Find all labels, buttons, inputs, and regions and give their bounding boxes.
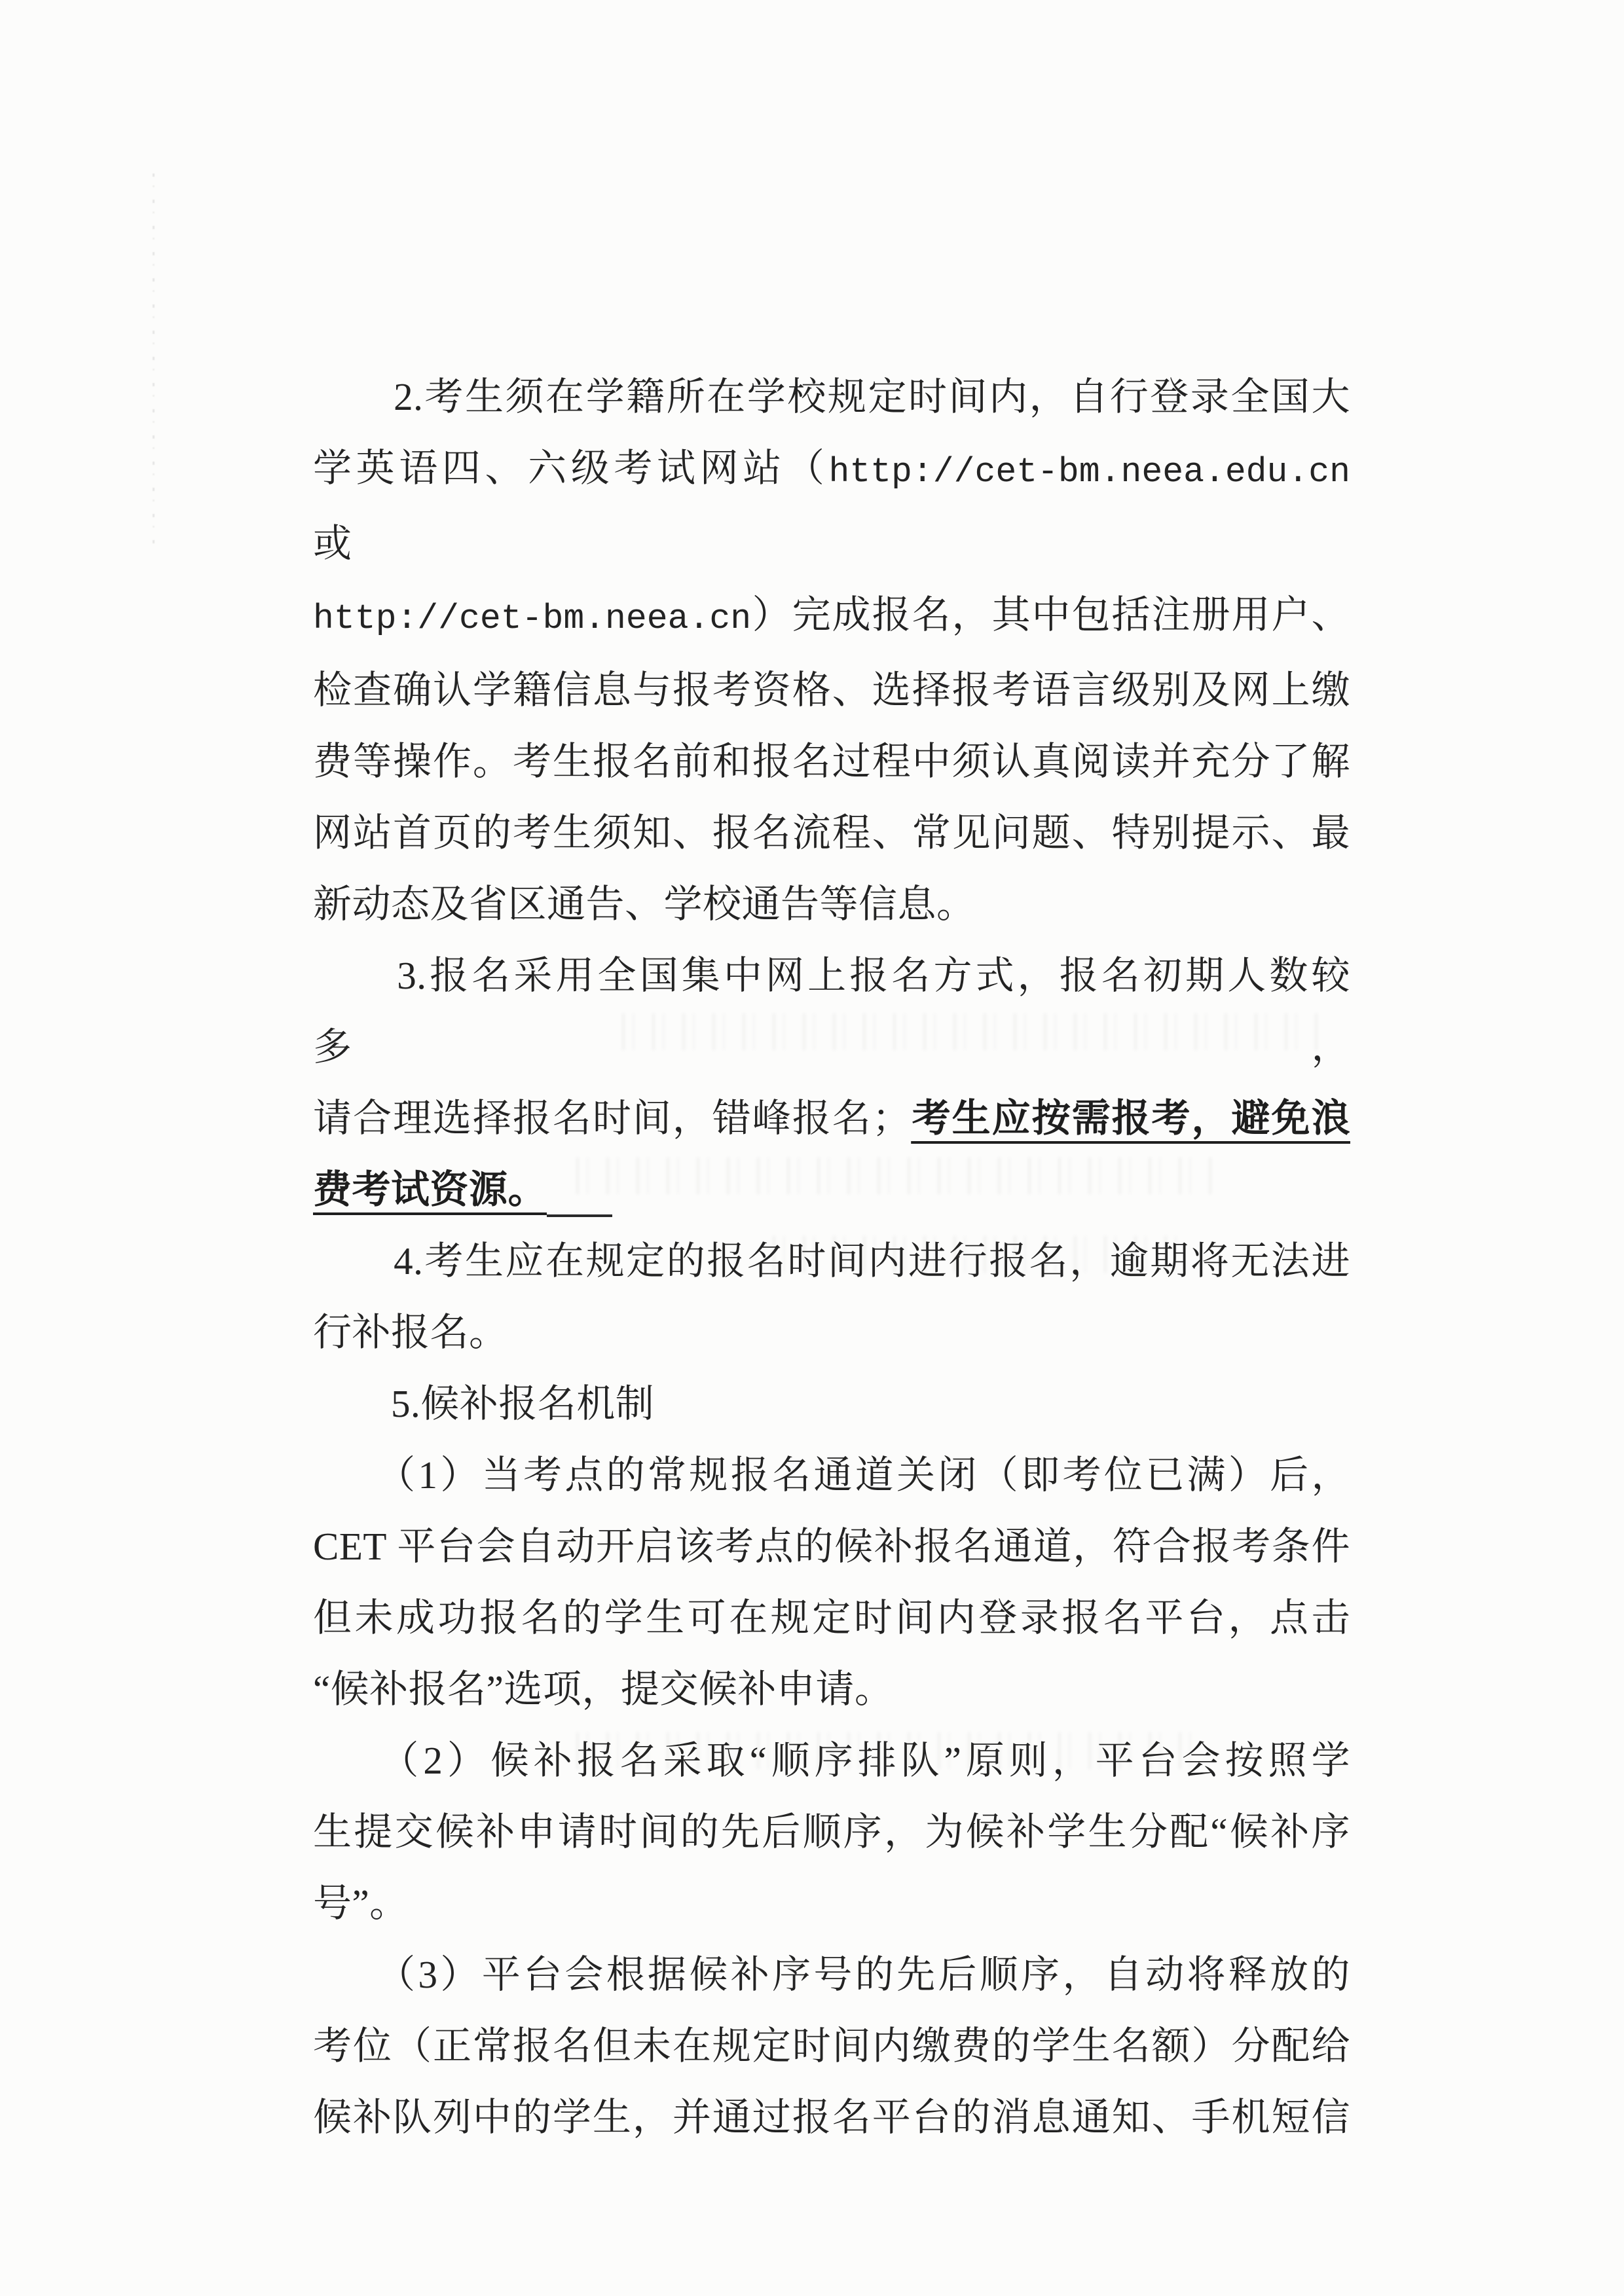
line-14: （1）当考点的常规报名通道关闭（即考位已满）后，	[313, 1440, 1350, 1511]
line-09: 请合理选择报名时间，错峰报名；考生应按需报考，避免浪	[313, 1083, 1350, 1154]
line-02: 学英语四、六级考试网站（http://cet-bm.neea.edu.cn 或	[313, 433, 1350, 579]
line-08: 3.报名采用全国集中网上报名方式，报名初期人数较多，	[313, 940, 1350, 1083]
line-23: 候补队列中的学生，并通过报名平台的消息通知、手机短信	[313, 2082, 1350, 2153]
line-01: 2.考生须在学籍所在学校规定时间内，自行登录全国大	[313, 361, 1350, 433]
line-01-text: 2.考生须在学籍所在学校规定时间内，自行登录全国大	[313, 375, 1350, 418]
line-08-text: 3.报名采用全国集中网上报名方式，报名初期人数较多，	[313, 954, 1350, 1068]
ink-bleed-artifact	[576, 1157, 1218, 1194]
line-06-text: 网站首页的考生须知、报名流程、常见问题、特别提示、最	[313, 811, 1350, 854]
emphasis-bold-underline: 考生应按需报考，避免浪	[911, 1097, 1350, 1140]
line-06: 网站首页的考生须知、报名流程、常见问题、特别提示、最	[313, 797, 1350, 869]
line-22-text: 考位（正常报名但未在规定时间内缴费的学生名额）分配给	[313, 2024, 1350, 2068]
line-05: 费等操作。考生报名前和报名过程中须认真阅读并充分了解	[313, 726, 1350, 797]
line-07: 新动态及省区通告、学校通告等信息。	[313, 869, 1350, 940]
line-21-text: （3）平台会根据候补序号的先后顺序，自动将释放的	[313, 1953, 1350, 1996]
line-07-text: 新动态及省区通告、学校通告等信息。	[313, 883, 976, 926]
line-12: 行补报名。	[313, 1297, 1350, 1368]
line-16-text: 但未成功报名的学生可在规定时间内登录报名平台，点击	[313, 1596, 1350, 1639]
underline-tail	[547, 1200, 612, 1217]
line-23-text: 候补队列中的学生，并通过报名平台的消息通知、手机短信	[313, 2096, 1350, 2139]
line-16: 但未成功报名的学生可在规定时间内登录报名平台，点击	[313, 1582, 1350, 1654]
line-21: （3）平台会根据候补序号的先后顺序，自动将释放的	[313, 1939, 1350, 2011]
line-19: 生提交候补申请时间的先后顺序，为候补学生分配“候补序	[313, 1796, 1350, 1868]
line-20: 号”。	[313, 1868, 1350, 1939]
scan-streak-artifact	[153, 173, 155, 550]
emphasis-bold-underline: 费考试资源。	[313, 1168, 547, 1211]
line-03: http://cet-bm.neea.cn）完成报名，其中包括注册用户、	[313, 579, 1350, 655]
line-05-text: 费等操作。考生报名前和报名过程中须认真阅读并充分了解	[313, 740, 1350, 783]
line-13-text: 5.候补报名机制	[313, 1382, 654, 1425]
line-19-text: 生提交候补申请时间的先后顺序，为候补学生分配“候补序	[313, 1810, 1350, 1853]
line-15-text: CET 平台会自动开启该考点的候补报名通道，符合报考条件	[313, 1525, 1350, 1568]
line-04-text: 检查确认学籍信息与报考资格、选择报考语言级别及网上缴	[313, 668, 1350, 712]
line-17-text: “候补报名”选项，提交候补申请。	[313, 1667, 893, 1711]
line-13: 5.候补报名机制	[313, 1368, 1350, 1440]
scanned-page: 2.考生须在学籍所在学校规定时间内，自行登录全国大 学英语四、六级考试网站（ht…	[0, 0, 1624, 2296]
line-20-text: 号”。	[313, 1882, 409, 1925]
url-cet-bm-neea-edu-cn: http://cet-bm.neea.edu.cn	[828, 452, 1350, 492]
ink-bleed-artifact	[773, 1236, 1192, 1273]
line-02-tail-text: 或	[313, 522, 352, 565]
line-17: “候补报名”选项，提交候补申请。	[313, 1654, 1350, 1725]
url-cet-bm-neea-cn: http://cet-bm.neea.cn	[313, 599, 751, 638]
ink-bleed-artifact	[622, 1013, 1323, 1050]
line-02-text: 学英语四、六级考试网站（	[313, 446, 828, 490]
line-03-text: ）完成报名，其中包括注册用户、	[751, 593, 1350, 636]
line-09-text: 请合理选择报名时间，错峰报名；	[313, 1097, 911, 1140]
line-14-text: （1）当考点的常规报名通道关闭（即考位已满）后，	[313, 1453, 1350, 1497]
line-12-text: 行补报名。	[313, 1311, 508, 1354]
ink-bleed-artifact	[576, 1732, 1205, 1769]
line-04: 检查确认学籍信息与报考资格、选择报考语言级别及网上缴	[313, 655, 1350, 726]
line-22: 考位（正常报名但未在规定时间内缴费的学生名额）分配给	[313, 2011, 1350, 2082]
line-15: CET 平台会自动开启该考点的候补报名通道，符合报考条件	[313, 1511, 1350, 1582]
